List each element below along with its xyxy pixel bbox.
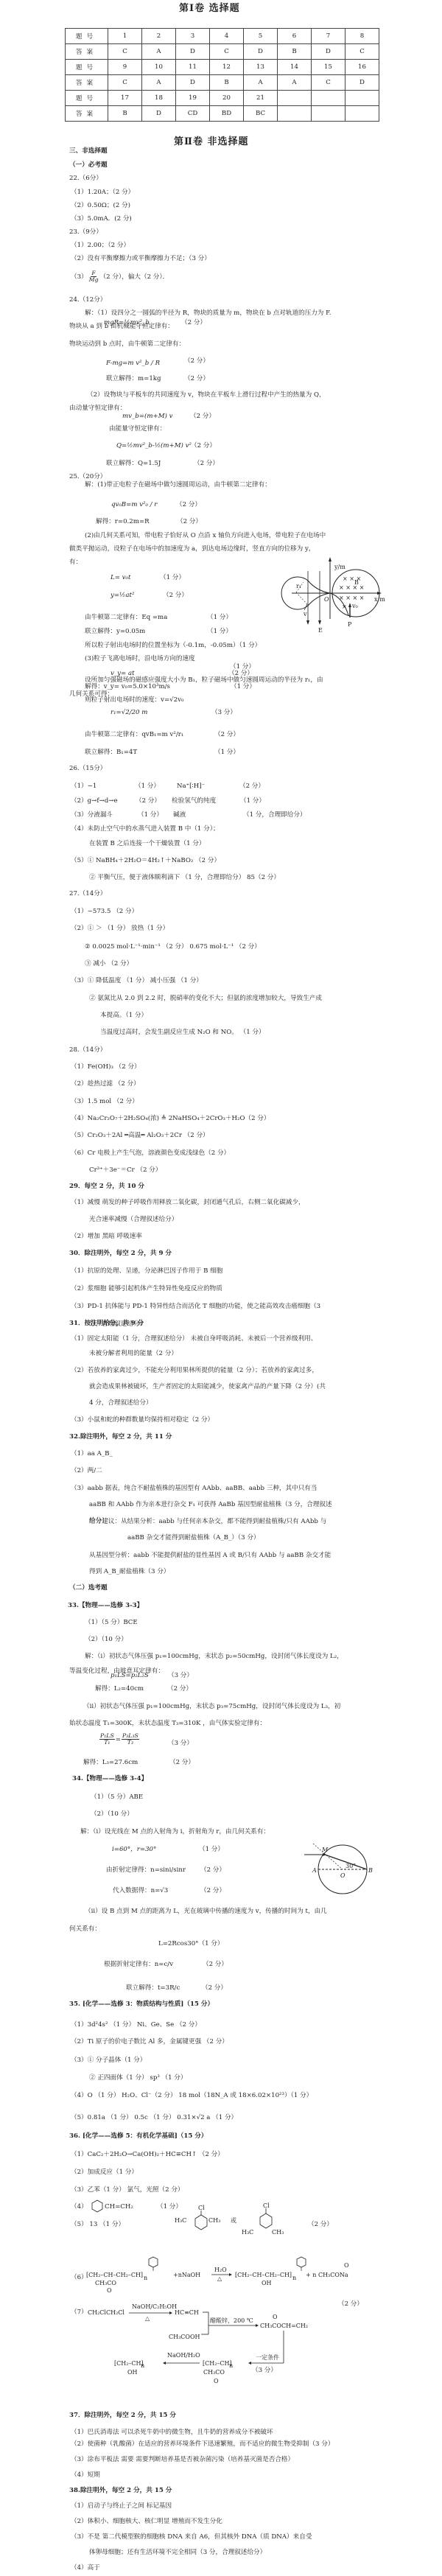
q38-line: （1）启动子与终止子之间 标记基因 [71, 2502, 172, 2510]
q26-score: （2 分） [136, 797, 161, 805]
q24-score: （2 分） [194, 460, 219, 467]
fig365-label: CH₃ [272, 2229, 284, 2236]
q27-line: ② 0.0025 mol·L⁻¹·min⁻¹ （2 分） 0.675 mol·L… [85, 943, 261, 951]
q27-line: （2）① ＞ （1 分） 放热（1 分） [71, 925, 169, 932]
fig365-label: H₃C [242, 2229, 253, 2236]
svg-text:NaOH/C₂H₅OH: NaOH/C₂H₅OH [132, 2303, 177, 2310]
q37-line: （4）短期 [71, 2471, 100, 2479]
q24-score: （2 分） [191, 442, 216, 449]
svg-text:[CH₂–CH–CH₂–CH]: [CH₂–CH–CH₂–CH] [235, 2272, 292, 2278]
q25-line: 解：(1)带正电粒子在磁场中做匀速圆周运动，由牛顿第二定律有： [85, 481, 271, 489]
q25-line: 由牛顿第二定律有：Eq =ma [85, 614, 167, 621]
q31-line: 未被分解者利用的能量（2 分） [89, 1350, 178, 1357]
question-number-cell: 21 [244, 91, 278, 106]
q32-heading: 32.除注明外，每空 2 分，共 11 分 [69, 1433, 172, 1441]
svg-text:CH₃COOH: CH₃COOH [169, 2334, 200, 2340]
q34-equation: L=2Rcos30°（1 分） [158, 1940, 223, 1947]
fig34-label-b: B [368, 1867, 373, 1874]
q24-score: （2 分） [184, 375, 209, 382]
row-label: 题号 [66, 60, 108, 75]
q26-line: Na⁺[∶H]⁻ [177, 783, 205, 790]
q24-line: 解：（1）设四分之一圆弧的半径为 R，物块的质量为 m，物块在 b 点对轨道的压… [85, 309, 331, 317]
q30-line: （1）抗原的处理、呈递，分泌淋巴因子作用于 B 细胞 [71, 1267, 222, 1275]
question-number-cell: 16 [345, 60, 379, 75]
svg-text:× × × ×: × × × × [339, 584, 364, 591]
row-label: 答案 [66, 44, 108, 60]
fig365-label: CH₃ [208, 2217, 220, 2224]
q23-line: （2）没有平衡摩擦力或平衡摩擦力不足；（3 分） [71, 255, 211, 262]
q37-line: （1）巴氏消毒法 可以杀死牛奶中的微生物，且牛奶的营养成分不被破坏 [71, 2429, 273, 2436]
q34-score: （2 分） [200, 1866, 225, 1874]
question-number-cell: 14 [278, 60, 312, 75]
answer-cell: D [244, 44, 278, 60]
q29-heading: 29．每空 2 分，共 10 分 [69, 1183, 144, 1190]
q27-line: ② 氨氮比从 2.0 到 2.2 时，脱硝率的变化不大；但氨的浓度增加较大，导致… [89, 995, 322, 1002]
q26-line: 碱液 [173, 811, 186, 819]
q26-score: （1 分） [135, 783, 160, 790]
answer-cell: B [210, 75, 244, 91]
q32-line: （1）aa A_B_ [71, 1450, 113, 1457]
answer-cell: D [312, 44, 345, 60]
answer-cell: A [278, 75, 312, 91]
fig34-label-a: A [312, 1867, 317, 1874]
q25-line: 做类平抛运动，设粒子在电场中的加速度为 a，到达电场边缘时，竖直方向的位移为 y… [69, 545, 315, 553]
question-number-cell: 12 [210, 60, 244, 75]
question-number-cell: 11 [176, 60, 210, 75]
q33-score: （2 分） [169, 1759, 194, 1766]
fig34-label-o: O [340, 1872, 345, 1879]
svg-text:O: O [344, 2262, 349, 2269]
fig34-label-m: M [321, 1847, 329, 1853]
q33-score: （2 分） [167, 1685, 192, 1693]
hydrolysis-reaction-structure: [CH₂–CH–CH₂–CH] n CH₃CO O +nNaOH H₂O △ [… [85, 2251, 372, 2295]
elective-heading: （二）选考题 [69, 1584, 108, 1592]
fig25-label-y: y/m [334, 564, 345, 570]
q26-line: （5）① NaBH₄＋2H₂O＝4H₂↑＋NaBO₂ （2 分） [71, 857, 220, 864]
q36-line: （3）乙苯（1 分） 氯气，光照（2 分） [71, 2186, 184, 2194]
q30-heading: 30．除注明外，每空 2 分，共 9 分 [69, 1250, 172, 1257]
q28-line: （5）Cr₂O₃＋2Al ═高温═ Al₂O₃＋2Cr （2 分） [71, 1132, 209, 1139]
q26-line: （1）−1 [71, 783, 97, 790]
q23-heading: 23.（9分） [69, 228, 102, 236]
answer-cell: D [345, 75, 379, 91]
q25-line: 由牛顿第二定律有：qvB₁=m v²/r₁ [85, 731, 183, 738]
refraction-circle-diagram: M A O B 30° [295, 1827, 390, 1901]
answer-table-row: 题号910111213141516 [66, 60, 379, 75]
svg-text:×: × [342, 603, 347, 610]
q27-line: （1）−573.5 （2 分） [71, 908, 138, 915]
q32-line: 从基因型分析：aabb 不能提供耐盐的显性基因 A 或 B/只有 AAbb 与 … [89, 1552, 331, 1559]
q24-heading: 24.（12分） [69, 296, 106, 304]
question-number-cell: 19 [176, 91, 210, 106]
question-number-cell: 18 [142, 91, 176, 106]
fig25-label-o: O [324, 596, 329, 603]
q32-line: aaBB 和 AAbb 作为亲本进行杂交 F₁ 可获得 AaBb 基因型耐盐植株… [89, 1501, 332, 1508]
answer-table-row: 答案CADBAACD [66, 75, 379, 91]
q36-score: （2 分） [308, 2221, 333, 2228]
answer-cell: A [142, 75, 176, 91]
row-label: 答案 [66, 75, 108, 91]
q33-line: 解：（i）初状态气体压强 p₁=100cmHg，末状态 p₂=50cmHg，设封… [85, 1653, 343, 1660]
question-number-cell [278, 91, 312, 106]
answer-key-page: 第Ⅰ卷 选择题 题号12345678答案CADCDBDC题号9101112131… [0, 0, 442, 2576]
answer-cell: A [142, 44, 176, 60]
fig25-label-e: E [318, 627, 323, 634]
q25-score: （1 分） [160, 574, 185, 581]
q28-line: （6）Cr 电极上产生气泡，溶液颜色变成浅绿色（2 分） [71, 1149, 230, 1157]
q25-heading: 25.（20分） [69, 473, 106, 480]
question-number-cell: 4 [210, 29, 244, 44]
q36-score: （2 分） [338, 2300, 363, 2308]
q38-line: （4）高于 [71, 2564, 100, 2572]
q29-line: 光合速率减慢（合理叙述给分） [89, 1216, 178, 1223]
question-number-cell: 6 [278, 29, 312, 44]
q25-line: 有： [69, 559, 82, 566]
answer-cell: C [108, 44, 142, 60]
q38-line: （2）体积小、细胞核大、核仁明显 增殖而不发生分化 [71, 2518, 222, 2525]
q31-line: （1）固定太阳能（1 分，合理叙述给分） 未被自身呼吸消耗、未被后一个营养级利用… [71, 1335, 317, 1343]
dichlorotoluene-structures: Cl H₃C CH₃ 或 Cl H₃C CH₃ [173, 2205, 320, 2240]
q26-score: （2 分） [239, 783, 264, 790]
q25-score: （2 分） [177, 518, 202, 525]
question-number-cell: 17 [108, 91, 142, 106]
q26-heading: 26.（15分） [69, 765, 106, 772]
q25-score: （2 分） [214, 731, 239, 738]
q33-score: （3 分） [168, 1740, 193, 1747]
q25-line: 设所加匀强磁场的磁感应强度大小为 B₁，粒子磁场中做匀速圆周运动的半径为 r₁，… [85, 676, 323, 684]
q35-heading: 35. [化学——选修 3：物质结构与性质]（15 分） [69, 2001, 214, 2008]
q32-line: （3）aabb 据表，纯合不耐盐植株的基因型有 AAbb、aaBB、aabb 三… [71, 1485, 318, 1492]
q25-line: 联立解得：y=0.05m [85, 628, 145, 635]
svg-text:△: △ [145, 2315, 150, 2322]
q33-line: 解得：L₂=40cm [95, 1685, 144, 1693]
answer-cell [312, 106, 345, 122]
fig34-label-angle: 30° [345, 1863, 356, 1869]
fig365-label: H₃C [175, 2217, 186, 2224]
q35-line: （1）3d²4s² （1 分） Ni、Ge、Se （2 分） [71, 2021, 201, 2029]
q34-score: （2 分） [203, 1961, 228, 1968]
q24-line: 联立解得：Q=1.5J [106, 460, 161, 467]
q31-heading: 31．按注明给分，共 9 分 [69, 1320, 144, 1327]
q30-line: （3）PD-1 抗体能与 PD-1 特异性结合而活化 T 细胞的功能，使之能高效… [71, 1303, 320, 1310]
q33-equation: P₁LST₁=P₃L₃ST₃ [99, 1733, 140, 1746]
q28-heading: 28.（14分） [69, 1046, 106, 1054]
answer-table-row: 题号1718192021 [66, 91, 379, 106]
question-number-cell: 10 [142, 60, 176, 75]
question-number-cell: 13 [244, 60, 278, 75]
fig25-label-x: x/m [374, 596, 385, 603]
q25-score: （1 分） [231, 683, 256, 690]
answer-cell: C [312, 75, 345, 91]
q34-line: （2）（10 分） [91, 1810, 133, 1818]
part2-title: 第Ⅱ卷 非选择题 [174, 136, 248, 148]
q34-line: （1）（5 分）ABE [91, 1793, 143, 1801]
answer-cell: B [108, 106, 142, 122]
q25-line: 联立解得：B₁=4T [85, 749, 137, 756]
q24-equation: mv_b=(m+M) v [122, 413, 172, 420]
q33-score: （3 分） [168, 1672, 193, 1679]
q34-equation: 代入数据得：n=√3 [113, 1887, 168, 1894]
q23-label: （3） [71, 273, 88, 281]
q31-line: （2）若放养的家禽过少，不能充分利用果林所提供的能量（2 分）；若放养的家禽过多… [71, 1367, 318, 1374]
question-number-cell: 8 [345, 29, 379, 44]
q24-line: （2）设物块与平板车的共同速度为 v，物块在平板车上滑行过程中产生的热量为 Q， [87, 391, 326, 399]
q35-line: （5）0.81a （1 分） 0.5c （1 分） 0.31×√2 a （1 分… [71, 2114, 237, 2121]
q23-score: （2 分），偏大（2 分）． [100, 273, 169, 281]
q36-heading: 36. [化学——选修 5：有机化学基础]（15 分） [69, 2132, 208, 2140]
q24-equation: F-mg=m v²_b / R [106, 360, 160, 367]
answer-table-row: 题号12345678 [66, 29, 379, 44]
question-number-cell: 3 [176, 29, 210, 44]
q28-line: （2）趁热过滤 （2 分） [71, 1080, 140, 1088]
q33-heading: 33.【物理——选修 3-3】 [68, 1602, 143, 1609]
svg-text:CH₃CO: CH₃CO [95, 2280, 116, 2286]
required-heading: （一）必考题 [69, 161, 108, 169]
synthesis-route-diagram: CH₂ClCH₂Cl NaOH/C₂H₅OH △ HC≡CH CH₃COOH 醋… [85, 2303, 328, 2387]
q36-line: （5） 13 （1 分） [71, 2221, 124, 2228]
q37-heading: 37．除注明外，每空 2 分，共 15 分 [69, 2412, 176, 2419]
fig25-label-v: v [303, 611, 307, 617]
q37-line: （2）使菌种（乳酸菌）在适应的营养环境条件下迅速繁殖，而不适应的微生物受抑制（3… [71, 2440, 334, 2448]
question-number-cell: 20 [210, 91, 244, 106]
benzene-ring-icon [90, 2199, 105, 2213]
svg-text:CH₃COCH=CH₂: CH₃COCH=CH₂ [260, 2323, 308, 2329]
q33-line: 始状态温度 T₁=300K，末状态温度 T₃=310K ，由气体实验定律有： [69, 1720, 266, 1727]
q32-line: （2）两/二 [71, 1467, 102, 1474]
answer-cell: C [108, 75, 142, 91]
part1-title: 第Ⅰ卷 选择题 [179, 3, 240, 15]
row-label: 题号 [66, 91, 108, 106]
svg-text:OH: OH [262, 2280, 272, 2286]
q27-line: （3）① 降低温度 （1 分） 减小压强 （1 分） [71, 977, 203, 984]
q24-line: 联立解得：m=1kg [106, 375, 161, 382]
svg-text:CH₃CO: CH₃CO [203, 2369, 225, 2376]
q22-line: （3）5.0mA．(2 分) [71, 215, 132, 223]
magnetic-field-diagram: y/m x/m O B E P v v₀ r₁ × × × × × × × × … [280, 560, 390, 641]
q26-score: （1 分） [138, 811, 163, 819]
q35-line: （3）① 分子晶体（1 分） [71, 2057, 146, 2064]
q25-score: （2 分） [163, 592, 188, 599]
q24-line: 由动量守恒定律有： [69, 405, 126, 412]
question-number-cell: 15 [312, 60, 345, 75]
q25-score: （2 分） [176, 501, 201, 508]
answer-cell: B [278, 44, 312, 60]
answer-cell: C [345, 44, 379, 60]
svg-text:× × ×: × × × [343, 575, 361, 582]
q38-line: （3）不是 第二代模型猴的细胞核 DNA 来自 A6，但其核外 DNA（质 DN… [71, 2533, 312, 2541]
q34-score: （2 分） [200, 1887, 225, 1894]
svg-text:× × × ×: × × × × [339, 595, 364, 601]
q26-score: （1 分） [240, 797, 265, 805]
svg-text:OH: OH [127, 2369, 138, 2376]
q25-line: (2)由几何关系可知，带电粒子恰好从 O 点沿 x 轴负方向进入电场，带电粒子在… [85, 532, 326, 539]
q34-heading: 34.【物理——选修 3-4】 [72, 1775, 147, 1782]
q29-line: （1）减慢 萌发的种子呼吸作用释放二氧化碳，封闭通气孔后，右侧二氧化碳减少， [71, 1199, 305, 1206]
q31-line: （3）小鼠和蛇的种群数量均保持相对稳定（2 分） [71, 1416, 214, 1424]
q26-line: 在装置 B 之后连接一个干燥装置（1 分） [89, 840, 205, 847]
answer-table-row: 答案CADCDBDC [66, 44, 379, 60]
q25-score: （1 分） [207, 628, 232, 635]
q36-line: （2）加成反应（1 分） [71, 2169, 138, 2176]
q26-line: （3）分液漏斗 [71, 811, 113, 819]
answer-cell: D [176, 44, 210, 60]
answer-table: 题号12345678答案CADCDBDC题号910111213141516答案C… [65, 28, 379, 122]
q34-score: （1 分） [199, 1846, 224, 1853]
q31-line: 就会造成果林被破坏，生产者固定的太阳能减少，使家禽产品的产量下降（2 分）(共 [89, 1383, 326, 1390]
answer-cell [345, 106, 379, 122]
question-number-cell: 5 [244, 29, 278, 44]
q36-line: CH=CH₂ [105, 2203, 133, 2211]
q26-line: （2）g→f→d→e [71, 797, 118, 805]
q25-line: 所以粒子射出电场时的位置坐标为（-0.1m，-0.05m）（1 分） [85, 642, 261, 649]
question-number-cell: 2 [142, 29, 176, 44]
q26-line: 检验氢气的纯度 [172, 797, 216, 805]
q24-score: （2 分） [190, 413, 215, 420]
q27-line: ③ 减小 （2 分） [85, 960, 133, 967]
q28-line: （3）1.5 mol （2 分） [71, 1098, 138, 1105]
q22-line: （1）1.20A；（2 分） [71, 189, 134, 196]
q34-line: 解：（i）设光线在 M 点的入射角为 i，折射角为 r，由几何关系有： [80, 1828, 270, 1835]
q23-fraction: FMg [88, 270, 99, 283]
svg-text:CH₂ClCH₂Cl: CH₂ClCH₂Cl [88, 2309, 124, 2316]
q32-line: aaBB 杂交才能得到耐盐植株（A_B_）（3 分） [127, 1534, 260, 1541]
answer-cell: C [210, 44, 244, 60]
q26-line: （4）未防止空气中的水蒸气进入装置 B 中（1 分）； [71, 825, 220, 833]
q33-equation: p₁LS=p₂L₂S [110, 1672, 149, 1679]
svg-text:[CH₂–CH]: [CH₂–CH] [203, 2360, 232, 2367]
q36-line: （1）CaC₂＋2H₂O→Ca(OH)₂＋HC≡CH↑ （2 分） [71, 2151, 224, 2158]
q22-heading: 22.（6分） [69, 175, 102, 182]
q35-line: （4）O （1 分） H₂O、Cl⁻（2 分） 18 mol（18N_A 或 1… [71, 2092, 312, 2099]
q34-equation: 由折射定律得：n=sini/sinr [106, 1866, 186, 1874]
answer-cell: BC [244, 106, 278, 122]
svg-text:醋酸锌，200 ℃: 醋酸锌，200 ℃ [210, 2317, 253, 2325]
q25-equation: L= v₀t [110, 574, 130, 581]
section-heading: 三、非选择题 [69, 147, 108, 155]
q25-line: 几何关系可得： [69, 690, 113, 698]
q24-line: 由能量守恒定律有： [109, 425, 166, 433]
q38-heading: 38.除注明外，每空 2 分，共 15 分 [69, 2487, 172, 2494]
q23-line: （1）2.00；（2 分） [71, 242, 130, 249]
q33-line: （2）（10 分） [85, 1636, 127, 1643]
fig365-label: Cl [198, 2205, 205, 2211]
svg-text:n: n [229, 2362, 233, 2369]
answer-cell: BD [210, 106, 244, 122]
q25-score: （1 分） [230, 663, 255, 671]
q25-line: 解得：r=0.2m=R [96, 518, 150, 525]
svg-text:+nNaOH: +nNaOH [173, 2272, 200, 2278]
fig365-label: Cl [263, 2202, 270, 2209]
q25-equation: qv₀B=m v²₀ / r [111, 501, 157, 508]
q23-line: （3）FMg（2 分），偏大（2 分）． [71, 270, 169, 283]
fig25-label-p: P [348, 621, 352, 628]
fig25-label-r1: r₁ [296, 583, 301, 589]
q22-line: （2）0.50Ω；(2 分) [71, 202, 130, 209]
svg-text:O: O [107, 2287, 112, 2294]
svg-text:HC≡CH: HC≡CH [175, 2309, 199, 2316]
answer-cell: D [176, 75, 210, 91]
q28-line: Cr³⁺＋3e⁻＝Cr （2 分） [89, 1166, 161, 1174]
q24-equation: Q=½mv²_b-½(m+M) v² [116, 442, 192, 449]
q25-line: 解得：v_y= v₀=5.0×10³m/s [85, 683, 170, 690]
svg-text:一定条件: 一定条件 [256, 2353, 279, 2361]
svg-text:+ n CH₃CONa: + n CH₃CONa [306, 2272, 348, 2278]
q34-equation: 联立解得：t=3R/c [126, 1984, 180, 1992]
q27-heading: 27.（14分） [69, 890, 106, 897]
svg-text:n: n [141, 2362, 144, 2369]
question-number-cell [312, 91, 345, 106]
q24-score: （2 分） [181, 319, 206, 326]
q34-equation: 根据折射定律有：n=c/v [104, 1961, 173, 1968]
q33-line: （1）（5 分）BCE [85, 1619, 138, 1626]
or-text: 或 [231, 2216, 236, 2224]
answer-cell: A [244, 75, 278, 91]
q24-equation: mgR=½mv²_b [104, 319, 150, 326]
q26-line: ② 平衡气压，便于液体顺利滴下 （1 分，合理即给分） 85（2 分） [89, 874, 280, 881]
svg-text:n: n [292, 2275, 296, 2281]
q25-line: (3)粒子飞离电场时，沿电场方向的速度 [85, 655, 195, 662]
question-number-cell [345, 91, 379, 106]
q34-line: （ii）设 B 点到 M 点的距离为 L，光在玻璃中传播的速度为 v，传播的时间… [85, 1908, 327, 1915]
q25-score: （1 分） [207, 614, 232, 621]
answer-table-row: 答案BDCDBDBC [66, 106, 379, 122]
q25-score: （3 分） [211, 709, 236, 716]
q33-line: 解得：L₃=27.6cm [83, 1759, 138, 1766]
q34-score: （2 分） [202, 1984, 227, 1992]
answer-cell [278, 106, 312, 122]
q37-line: （3）涂布平板法 需要 需要判断培养基是否被杂菌污染（培养基灭菌是否合格） [71, 2456, 294, 2463]
q26-score: （1 分，合理即给分） [243, 811, 306, 819]
q32-line: 给分建议：从结果分析：aabb 与任何亲本杂交，都不能得到耐盐植株/只有 AAb… [89, 1518, 326, 1525]
q29-line: （2）增加 黑暗 呼吸速率 [71, 1233, 142, 1240]
q30-line: （2）浆细胞 能够引起机体产生特异性免疫反应的物质 [71, 1285, 222, 1292]
q24-line: 物块运动到 b 点时，由牛顿第二定律有： [69, 340, 185, 348]
question-number-cell: 1 [108, 29, 142, 44]
q27-line: 本提高。（1 分） [100, 1012, 147, 1019]
q31-line: 4 分，合理叙述给分） [89, 1399, 152, 1407]
svg-text:n: n [144, 2275, 147, 2281]
q35-line: （2）Ti 原子的价电子数比 Al 多，金属键更强 （2 分） [71, 2038, 228, 2045]
svg-text:NaOH/H₂O: NaOH/H₂O [167, 2352, 200, 2359]
answer-cell: D [142, 106, 176, 122]
q24-score: （2 分） [184, 357, 209, 365]
svg-text:[CH₂–CH]: [CH₂–CH] [114, 2360, 144, 2367]
svg-text:H₂O: H₂O [214, 2267, 227, 2273]
q25-equation: y=½at² [110, 592, 134, 599]
q28-line: （4）Na₂Cr₂O₇＋2H₂SO₄(浓) ≜ 2NaHSO₄＋2CrO₃＋H₂… [71, 1115, 270, 1122]
q35-line: ② 正四面体（1 分） sp³ （1 分） [89, 2074, 186, 2082]
q25-equation: r₁=√2/20 m [110, 709, 147, 716]
row-label: 题号 [66, 29, 108, 44]
q36-score: （3 分） [252, 2367, 277, 2374]
svg-text:[CH₂–CH–CH₂–CH]: [CH₂–CH–CH₂–CH] [86, 2272, 143, 2278]
q34-line: 何关系有： [69, 1925, 101, 1933]
q34-equation: i=60°，r=30° [112, 1846, 156, 1853]
question-number-cell: 7 [312, 29, 345, 44]
q33-line: （ii）初状态气体压强 p₁=100cmHg，末状态 p₃=75cmHg，设封闭… [83, 1703, 340, 1710]
svg-text:△: △ [217, 2275, 222, 2282]
fig25-label-v0: v₀ [351, 603, 358, 609]
svg-text:O: O [273, 2314, 278, 2320]
q36-line: （4） [71, 2203, 88, 2211]
q32-line: 得到 A_B_耐盐植株（3 分） [89, 1568, 169, 1575]
q27-line: 当温度过高时，会发生副反应生成 N₂O 和 NO。 （1 分） [100, 1029, 265, 1036]
q28-line: （1）Fe(OH)₃ （2 分） [71, 1063, 141, 1071]
row-label: 答案 [66, 106, 108, 122]
q38-line: 体卵母细胞；还有生活环境不完全相同（3 分，合理叙述给分） [89, 2549, 266, 2556]
svg-text:O: O [214, 2378, 219, 2384]
q25-score: （1 分） [214, 749, 239, 756]
